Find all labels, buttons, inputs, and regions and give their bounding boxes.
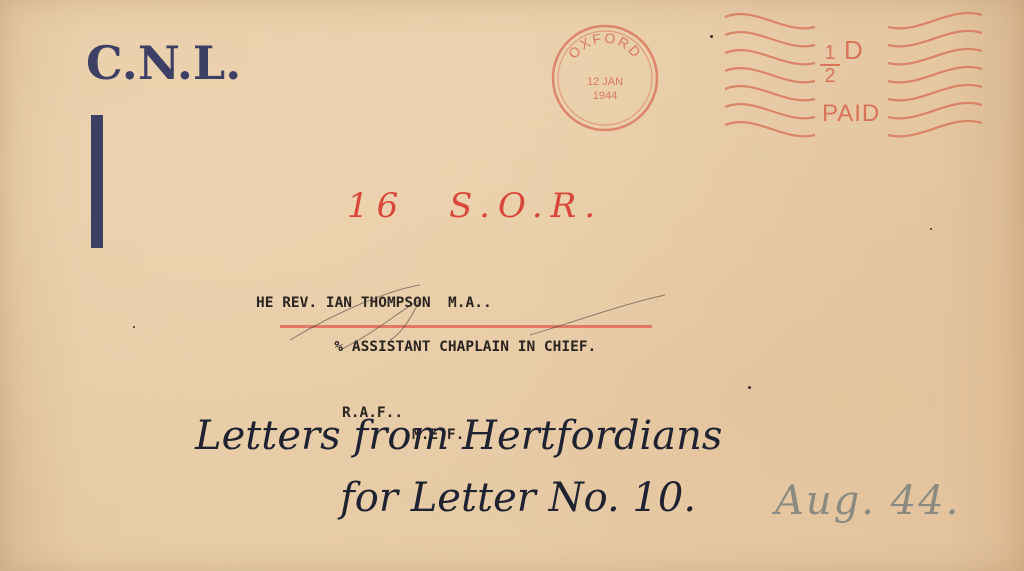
address-line-2: % ASSISTANT CHAPLAIN IN CHIEF. xyxy=(308,339,596,355)
cnl-stamp: C.N.L. xyxy=(86,40,241,86)
paper-speck xyxy=(930,228,932,230)
envelope: C.N.L. OXFORD 12 JAN 1944 xyxy=(0,0,1024,571)
paid-meter-mark: 1 2 D PAID xyxy=(720,5,990,140)
meter-fraction: 1 2 xyxy=(820,43,840,87)
pencil-date: Aug. 44. xyxy=(775,478,960,524)
note-line-2: for Letter No. 10. xyxy=(195,467,722,529)
paper-speck xyxy=(133,326,135,328)
address-line-2-wrap: % ASSISTANT CHAPLAIN IN CHIEF. xyxy=(256,314,596,402)
paper-speck xyxy=(748,386,751,389)
oxford-postmark: OXFORD 12 JAN 1944 xyxy=(550,23,660,133)
meter-paid-label: PAID xyxy=(822,100,880,128)
postmark-circle-icon: OXFORD 12 JAN 1944 xyxy=(550,23,660,133)
paper-speck xyxy=(710,35,713,38)
address-line-1: HE REV. IAN THOMPSON M.A.. xyxy=(256,292,596,314)
red-handwritten-annotation: 16 S.O.R. xyxy=(347,186,603,226)
note-line-1: Letters from Hertfordians xyxy=(195,405,722,467)
svg-text:1944: 1944 xyxy=(593,90,617,102)
meter-unit: D xyxy=(844,37,863,63)
cnl-stamp-bar xyxy=(91,115,103,248)
svg-text:12 JAN: 12 JAN xyxy=(587,76,623,88)
red-strikethrough xyxy=(280,325,652,328)
handwritten-note: Letters from Hertfordians for Letter No.… xyxy=(195,405,722,529)
